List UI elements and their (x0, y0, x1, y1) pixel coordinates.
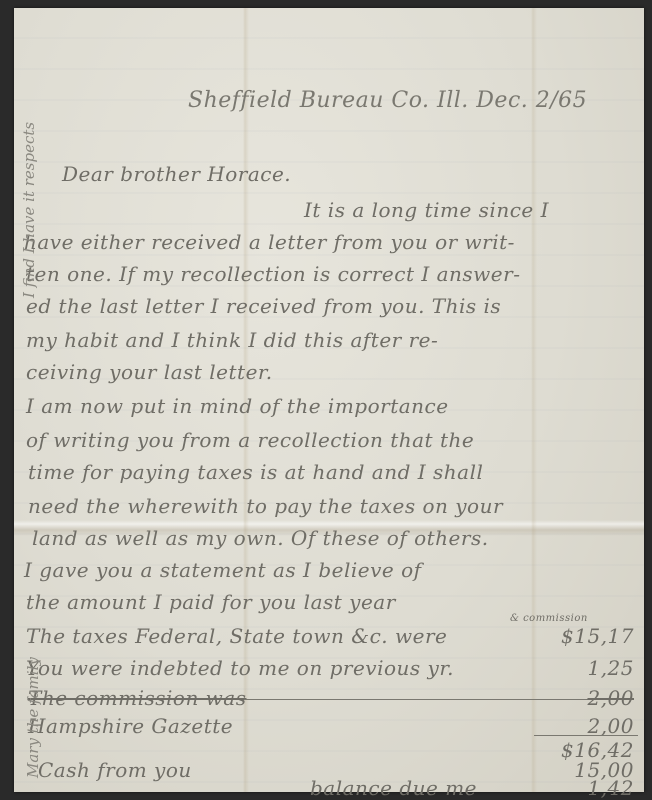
body-line: of writing you from a recollection that … (26, 430, 474, 450)
account-line-gazette: Hampshire Gazette (28, 716, 233, 736)
body-line: my habit and I think I did this after re… (26, 330, 438, 350)
body-line: It is a long time since I (304, 200, 549, 220)
sum-rule (534, 735, 638, 736)
subtotal-amount: $16,42 (544, 740, 634, 760)
taxes-amount: $15,17 (544, 626, 634, 646)
margin-note-lower: Mary the family (24, 657, 42, 778)
body-line: ten one. If my recollection is correct I… (26, 264, 520, 284)
body-line: ceiving your last letter. (26, 362, 273, 382)
struck-commission-line: The commission was (28, 688, 247, 708)
body-line: need the wherewith to pay the taxes on y… (28, 496, 503, 516)
insertion-note: & commission (510, 614, 588, 624)
body-line: I gave you a statement as I believe of (24, 560, 422, 580)
body-line: ed the last letter I received from you. … (26, 296, 501, 316)
body-line: land as well as my own. Of these of othe… (32, 528, 489, 548)
salutation: Dear brother Horace. (62, 164, 291, 184)
account-line-previous: You were indebted to me on previous yr. (26, 658, 454, 678)
body-line: time for paying taxes is at hand and I s… (28, 462, 483, 482)
letter-page: Sheffield Bureau Co. Ill. Dec. 2/65 Dear… (14, 8, 644, 792)
body-line: I am now put in mind of the importance (26, 396, 449, 416)
account-line-balance: balance due me (310, 778, 477, 798)
previous-debt-amount: 1,25 (544, 658, 634, 678)
account-line-taxes: The taxes Federal, State town &c. were (26, 626, 447, 646)
gazette-amount: 2,00 (544, 716, 634, 736)
body-line: have either received a letter from you o… (24, 232, 515, 252)
account-line-cash: Cash from you (38, 760, 192, 780)
body-line: the amount I paid for you last year (26, 592, 396, 612)
letter-heading: Sheffield Bureau Co. Ill. Dec. 2/65 (188, 90, 587, 112)
struck-commission-amount: 2,00 (544, 688, 634, 708)
margin-note-upper: I find I have it respects (20, 122, 38, 298)
balance-amount: 1,42 (544, 778, 634, 798)
